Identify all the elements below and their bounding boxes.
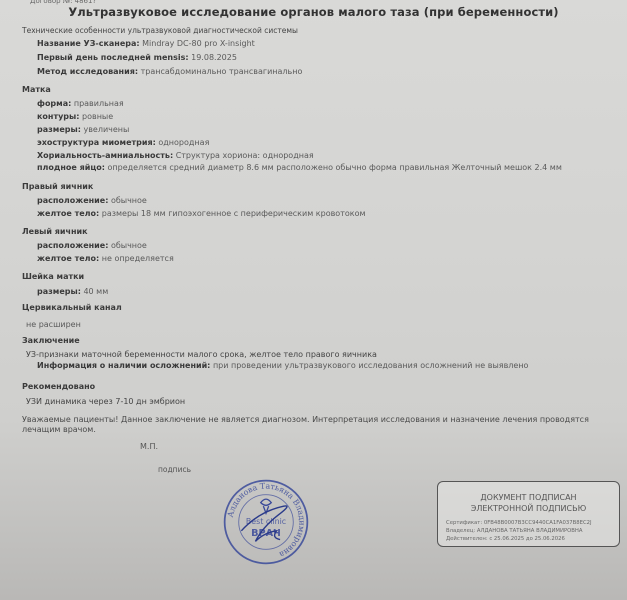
uterus-size-row: размеры: увеличены [37,125,129,134]
shape-label: форма: [37,99,71,108]
cervical-canal-value: не расширен [26,320,81,329]
right-ovary-heading: Правый яичник [22,182,93,191]
size-value: увеличены [83,125,129,134]
esign-validity: Действителен: с 25.06.2025 до 25.06.2026 [446,536,565,542]
recommended-text: УЗИ динамика через 7-10 дн эмбрион [26,397,185,406]
cervix-size-value: 40 мм [83,287,108,296]
left-cl-value: не определяется [102,254,174,263]
chorion-row: Хориальность-амниальность: Структура хор… [37,151,314,160]
lmp-row: Первый день последней mensis: 19.08.2025 [37,53,237,62]
seal-place-label: М.П. [140,442,158,451]
method-row: Метод исследования: трансабдоминально тр… [37,67,302,76]
left-cl-label: желтое тело: [37,254,99,263]
left-ovary-heading: Левый яичник [22,227,88,236]
complications-value: при проведении ультразвукового исследова… [213,361,529,370]
esign-title-2: ЭЛЕКТРОННОЙ ПОДПИСЬЮ [438,504,619,513]
complications-label: Информация о наличии осложнений: [37,361,210,370]
esign-title-1: ДОКУМЕНТ ПОДПИСАН [438,493,619,502]
gestational-sac-value: определяется средний диаметр 8.6 мм расп… [108,163,562,172]
size-label: размеры: [37,125,81,134]
doctor-stamp: Алданова Татьяна Владимировна Best clini… [222,478,310,566]
scanner-row: Название УЗ-сканера: Mindray DC-80 pro X… [37,39,255,48]
lmp-label: Первый день последней mensis: [37,53,189,62]
recommended-heading: Рекомендовано [22,382,95,391]
cervix-heading: Шейка матки [22,272,84,281]
uterus-echo-row: эхоструктура миометрия: однородная [37,138,209,147]
cervix-size-row: размеры: 40 мм [37,287,108,296]
left-location-label: расположение: [37,241,108,250]
esign-certificate: Сертификат: 0FB48B0007B3CC9440CA1FA037B8… [446,520,592,526]
conclusion-heading: Заключение [22,336,80,345]
gestational-sac-row: плодное яйцо: определяется средний диаме… [37,163,562,172]
left-location-value: обычное [111,241,147,250]
lmp-value: 19.08.2025 [191,53,237,62]
document-title: Ультразвуковое исследование органов мало… [0,5,627,19]
scanner-label: Название УЗ-сканера: [37,39,140,48]
cervix-size-label: размеры: [37,287,81,296]
esign-owner: Владелец: АЛДАНОВА ТАТЬЯНА ВЛАДИМИРОВНА [446,528,583,534]
uterus-shape-row: форма: правильная [37,99,124,108]
echo-label: эхоструктура миометрия: [37,138,156,147]
method-label: Метод исследования: [37,67,138,76]
right-location-label: расположение: [37,196,108,205]
complications-row: Информация о наличии осложнений: при про… [37,361,528,370]
uterus-heading: Матка [22,85,51,94]
scanner-value: Mindray DC-80 pro X-insight [142,39,255,48]
chorion-label: Хориальность-амниальность: [37,151,173,160]
right-cl-label: желтое тело: [37,209,99,218]
echo-value: однородная [158,138,209,147]
left-ovary-location-row: расположение: обычное [37,241,147,250]
left-ovary-cl-row: желтое тело: не определяется [37,254,174,263]
electronic-signature-box: ДОКУМЕНТ ПОДПИСАН ЭЛЕКТРОННОЙ ПОДПИСЬЮ С… [437,481,620,547]
tech-heading: Технические особенности ультразвуковой д… [22,26,298,35]
conclusion-text: УЗ-признаки маточной беременности малого… [26,350,377,359]
ultrasound-report-page: Договор №: 4861? Ультразвуковое исследов… [0,0,627,600]
cervical-canal-heading: Цервикальный канал [22,303,122,312]
signature-label: подпись [158,465,191,474]
uterus-contours-row: контуры: ровные [37,112,113,121]
disclaimer-note: Уважаемые пациенты! Данное заключение не… [22,415,612,435]
contours-value: ровные [82,112,113,121]
chorion-value: Структура хориона: однородная [176,151,314,160]
shape-value: правильная [74,99,124,108]
right-ovary-cl-row: желтое тело: размеры 18 мм гипоэхогенное… [37,209,366,218]
right-cl-value: размеры 18 мм гипоэхогенное с перифериче… [102,209,366,218]
right-location-value: обычное [111,196,147,205]
right-ovary-location-row: расположение: обычное [37,196,147,205]
method-value: трансабдоминально трансвагинально [141,67,303,76]
contours-label: контуры: [37,112,79,121]
gestational-sac-label: плодное яйцо: [37,163,105,172]
